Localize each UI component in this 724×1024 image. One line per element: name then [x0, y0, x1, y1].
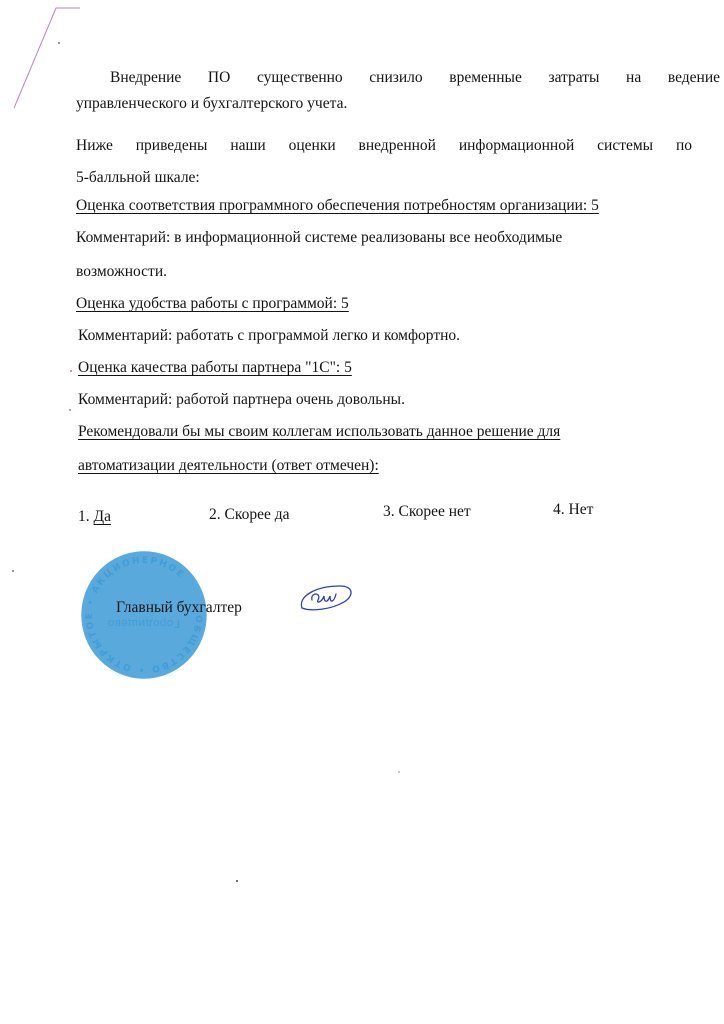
scan-speck: [398, 771, 400, 773]
rating-fit-comment-line2: возможности.: [76, 262, 167, 282]
option-label: Скорее нет: [399, 503, 471, 520]
intro-paragraph-line2: управленческого и бухгалтерского учета.: [76, 94, 347, 114]
option-rather-no: 3. Скорее нет: [383, 503, 471, 521]
option-label: Нет: [569, 501, 594, 518]
scan-speck: [70, 370, 72, 372]
rating-partner-comment: Комментарий: работой партнера очень дово…: [78, 390, 405, 410]
signer-position: Главный бухгалтер: [116, 599, 242, 617]
scanned-document-page: Внедрение ПО существенно снизило временн…: [0, 0, 724, 1024]
option-label-selected: Да: [94, 508, 111, 525]
rating-fit-label: Оценка соответствия программного обеспеч…: [76, 196, 599, 216]
option-number: 2.: [209, 506, 221, 523]
option-label: Скорее да: [225, 506, 290, 523]
recommendation-question-line1: Рекомендовали бы мы своим коллегам испол…: [78, 422, 560, 442]
ratings-intro-line1: Ниже приведены наши оценки внедренной ин…: [76, 136, 692, 156]
recommendation-question-line2: автоматизации деятельности (ответ отмече…: [78, 456, 379, 476]
rating-fit-comment-line1: Комментарий: в информационной системе ре…: [76, 228, 562, 248]
option-rather-yes: 2. Скорее да: [209, 506, 289, 524]
rating-partner-label: Оценка качества работы партнера "1С": 5: [78, 358, 352, 378]
option-number: 1.: [78, 508, 90, 525]
scan-speck: [236, 880, 238, 882]
option-yes: 1. Да: [78, 508, 111, 526]
scan-speck: [12, 570, 14, 572]
handwritten-signature: [296, 582, 356, 616]
scan-speck: [58, 42, 60, 44]
scan-speck: [69, 409, 71, 411]
option-number: 4.: [553, 501, 565, 518]
rating-usability-label: Оценка удобства работы с программой: 5: [76, 294, 349, 314]
svg-text:Городищево: Городищево: [108, 617, 181, 630]
rating-usability-comment: Комментарий: работать с программой легко…: [78, 326, 460, 346]
ratings-intro-line2: 5-балльной шкале:: [76, 168, 200, 188]
option-number: 3.: [383, 503, 395, 520]
intro-paragraph-line1: Внедрение ПО существенно снизило временн…: [76, 68, 720, 88]
option-no: 4. Нет: [553, 501, 593, 519]
